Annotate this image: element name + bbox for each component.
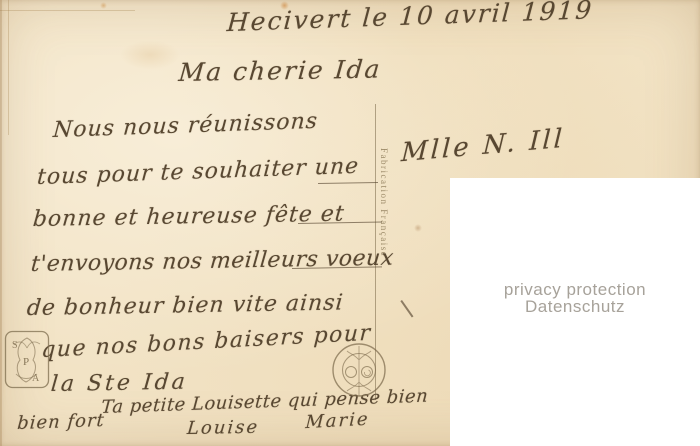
handwriting-line: de bonheur bien vite ainsi <box>26 290 345 321</box>
stain-spot <box>414 224 422 232</box>
handwriting-dateline: Hecivert le 10 avril 1919 <box>226 0 594 37</box>
pen-stroke <box>318 182 378 184</box>
postmark-icon <box>330 342 388 400</box>
svg-text:A: A <box>32 373 40 384</box>
privacy-overlay: privacy protection Datenschutz <box>450 178 700 446</box>
handwriting-line: que nos bons baisers pour <box>41 321 372 363</box>
handwriting-signature: Marie <box>305 409 370 433</box>
postcard-back: Fabrication Française Hecivert le 10 avr… <box>0 0 700 446</box>
handwriting-line: tous pour te souhaiter une <box>36 154 360 190</box>
handwriting-salutation: Ma cherie Ida <box>177 54 382 87</box>
publisher-stamp-icon: S P A <box>4 330 50 390</box>
privacy-overlay-line2: Datenschutz <box>450 298 700 315</box>
stain-spot <box>100 2 107 9</box>
stain-patch <box>120 40 180 70</box>
card-edge-left <box>0 0 2 446</box>
fabrication-label: Fabrication Française <box>379 148 389 257</box>
privacy-overlay-text: privacy protection Datenschutz <box>450 281 700 315</box>
svg-text:S: S <box>12 340 18 351</box>
handwriting-line: bien fort <box>17 410 106 434</box>
handwriting-line: t'envoyons nos meilleurs voeux <box>30 246 395 277</box>
handwriting-signature: Louise <box>186 417 260 439</box>
frame-line-top <box>0 10 135 11</box>
privacy-overlay-line1: privacy protection <box>450 281 700 298</box>
svg-text:P: P <box>23 356 29 368</box>
frame-line-left <box>8 0 9 135</box>
handwriting-line: la Ste Ida <box>50 370 189 397</box>
handwriting-address-fragment: Mlle N. Ill <box>400 124 565 169</box>
handwriting-line: Nous nous réunissons <box>52 109 319 143</box>
handwriting-line: bonne et heureuse fête et <box>32 202 346 232</box>
pen-stroke <box>400 300 413 318</box>
